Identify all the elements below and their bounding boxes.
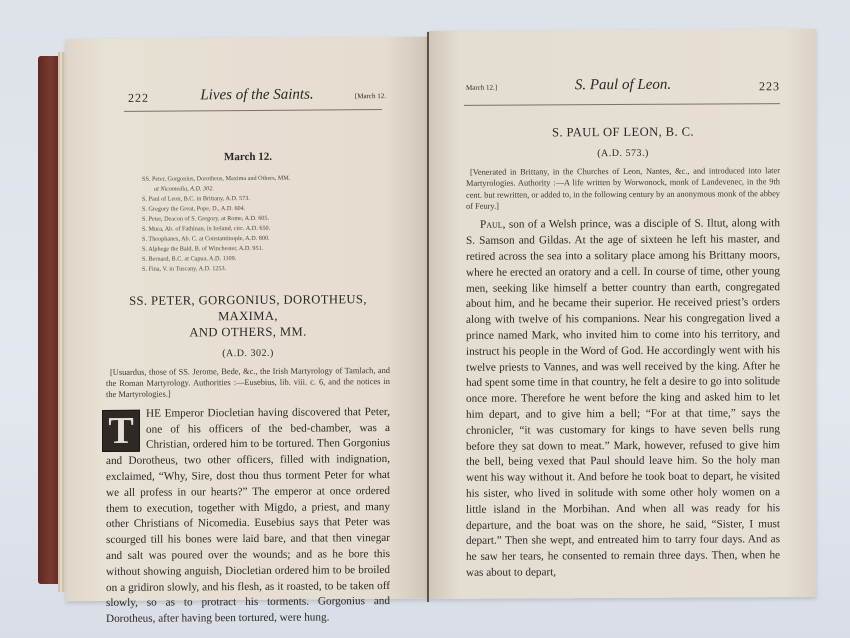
section-title-line: AND OTHERS, MM.: [106, 323, 390, 341]
left-page: 222 Lives of the Saints. [March 12. Marc…: [66, 37, 428, 602]
body-paragraph: T HE Emperor Diocletian having discovere…: [106, 405, 390, 628]
lead-word: Paul: [480, 219, 503, 231]
date-heading: March 12.: [106, 149, 390, 167]
list-item: S. Fina, V. in Tuscany, A.D. 1253.: [142, 263, 360, 275]
drop-cap-initial: T: [102, 410, 140, 452]
saints-list: SS. Peter, Gorgonius, Dorotheus, Maxima …: [106, 173, 390, 275]
right-running-head: March 12.] S. Paul of Leon. 223: [466, 79, 780, 101]
section-title-line: SS. PETER, GORGONIUS, DOROTHEUS, MAXIMA,: [106, 291, 390, 325]
left-running-head: 222 Lives of the Saints. [March 12.: [128, 89, 386, 111]
body-text: HE Emperor Diocletian having discovered …: [106, 406, 390, 625]
section-note: [Venerated in Brittany, in the Churches …: [466, 165, 780, 212]
section-title: S. PAUL OF LEON, B. C.: [466, 123, 780, 141]
page-number: 223: [759, 79, 780, 94]
section-title: SS. PETER, GORGONIUS, DOROTHEUS, MAXIMA,…: [106, 291, 390, 341]
left-content: March 12. SS. Peter, Gorgonius, Dorotheu…: [106, 149, 390, 628]
head-rule: [464, 103, 780, 106]
section-date: (A.D. 302.): [106, 345, 390, 363]
running-side: [March 12.: [355, 92, 386, 100]
right-page: March 12.] S. Paul of Leon. 223 S. PAUL …: [428, 29, 816, 599]
running-title: S. Paul of Leon.: [466, 76, 780, 95]
right-content: S. PAUL OF LEON, B. C. (A.D. 573.) [Vene…: [466, 123, 780, 581]
section-date: (A.D. 573.): [466, 145, 780, 162]
running-title: Lives of the Saints.: [128, 86, 386, 105]
section-note: [Usuardus, those of SS. Jerome, Bede, &c…: [106, 365, 390, 401]
book-gutter: [427, 32, 429, 602]
body-text: , son of a Welsh prince, was a disciple …: [466, 218, 780, 579]
body-paragraph: Paul, son of a Welsh prince, was a disci…: [466, 217, 780, 582]
